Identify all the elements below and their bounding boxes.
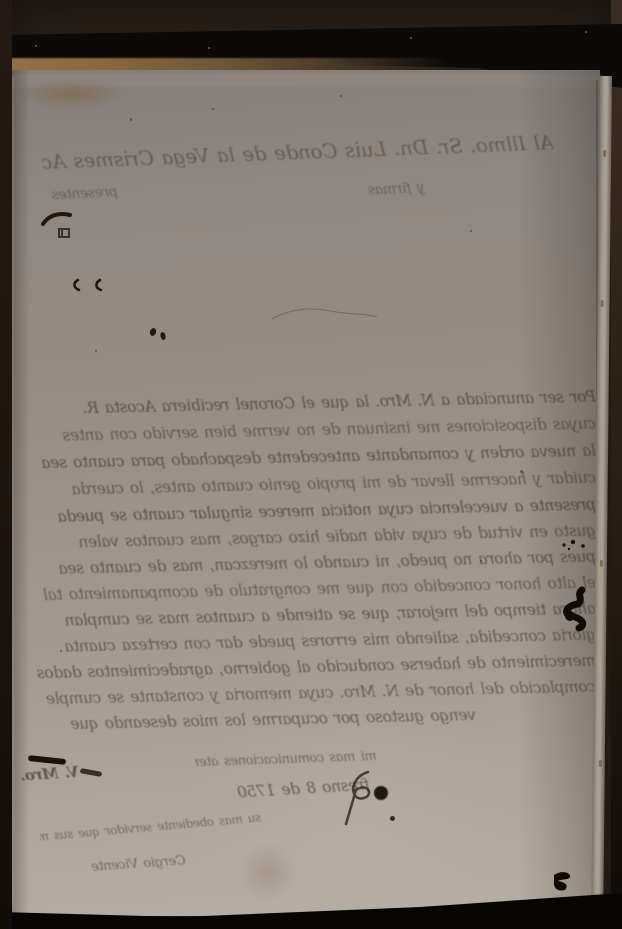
scrawl-text: y firmas — [332, 180, 425, 201]
bold-arrow-blot-icon — [558, 586, 592, 632]
left-border-shadow — [0, 0, 12, 929]
dust-speck — [35, 45, 37, 47]
ink-speck — [340, 95, 342, 97]
margin-specks-icon — [148, 326, 172, 342]
edge-spot — [603, 150, 606, 157]
hairline-curve-icon — [270, 303, 380, 323]
ink-speck — [95, 350, 97, 352]
signature-ink-dot — [390, 816, 395, 821]
ink-speck — [212, 108, 214, 110]
bold-comma-blot-icon — [549, 868, 575, 894]
scrawl-text: V. Mro. — [14, 763, 79, 785]
page-left-edge-highlight — [12, 76, 14, 906]
scrawl-initials: V. Mro. — [14, 763, 80, 791]
box-doodle-icon — [56, 225, 74, 241]
tan-stain — [22, 80, 122, 108]
scrawl-header-line: presentes — [39, 184, 118, 212]
dust-speck — [410, 37, 412, 39]
manuscript-photo: Al Illmo. Sr. Dn. Luis Conde de la Vega … — [0, 0, 622, 929]
ink-dot-cluster-icon — [560, 536, 588, 554]
signature-ink-dot — [374, 786, 388, 800]
rubric-flourish-icon — [336, 768, 384, 838]
dust-speck — [585, 31, 587, 33]
edge-spot — [599, 760, 602, 767]
dust-speck — [208, 47, 210, 49]
ink-speck — [130, 118, 132, 121]
book-fore-edge-shadow — [611, 0, 622, 929]
scrawl-text: presentes — [39, 184, 118, 204]
scrawl-header-line: y firmas — [332, 180, 425, 209]
double-arc-icon — [70, 277, 112, 293]
faint-stain — [240, 845, 295, 900]
ink-speck — [470, 230, 472, 232]
edge-spot — [601, 300, 604, 307]
edge-spot — [600, 560, 603, 567]
